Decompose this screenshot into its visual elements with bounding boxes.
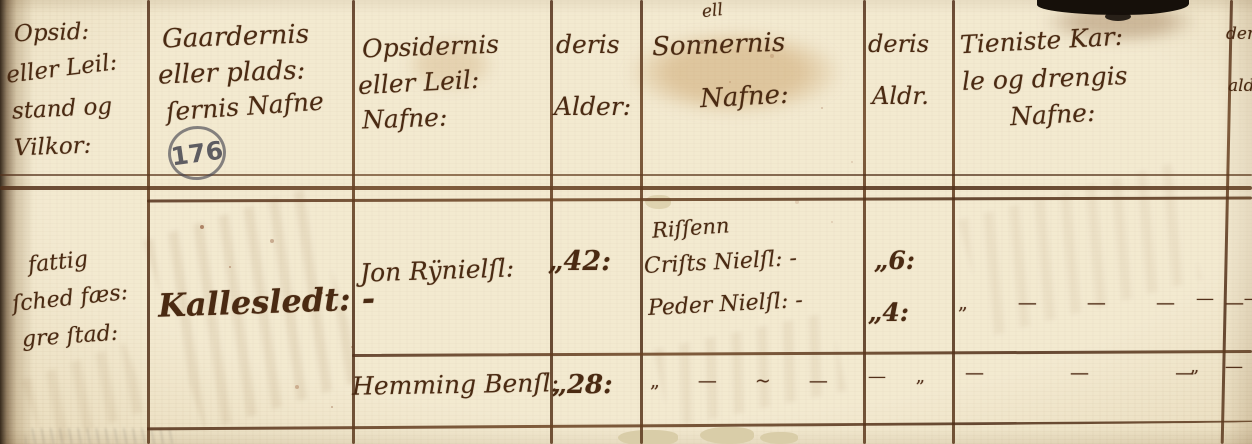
row-divider-rule [352,350,1252,357]
row1-son2-name: Peder Nielſl: - [648,290,804,320]
register-page-scan: Opsid: eller Leil: stand og Vilkor: Gaar… [0,0,1252,444]
header-col3-line1: Opsidernis [362,32,500,62]
header-col6-line2: Aldr. [872,84,929,108]
page-number: 176 [169,135,225,171]
header-col3-line3: Nafne: [362,105,448,133]
condition-line3: gre ſtad: [21,323,119,352]
pale-blob-bottom-2 [700,427,754,444]
header-col7-line3: Nafne: [1009,100,1096,129]
header-col4-line1: deris [556,32,620,57]
column-rule-6 [952,0,955,444]
ink-speckles [200,225,204,229]
header-rule-thick [0,186,1252,190]
header-col5-line1: Sonnernis [652,30,786,61]
header-col5-superscript: ell [701,2,724,21]
column-rule-5 [863,0,866,444]
row1-servants-age-empty-marks: — — [1196,290,1252,308]
column-rule-4 [640,0,643,444]
header-col2-line3: ſernis Nafne [165,89,324,125]
header-col1-line1: Opsid: [14,21,90,47]
header-col5-line2: Nafne: [699,82,789,113]
header-col7-line2: le og drengis [962,63,1128,94]
row1-occupant-name: Jon Rÿnielſl: [360,255,515,285]
row2-servants-age-empty-marks: „ — [1190,358,1252,376]
header-col1-line4: Vilkor: [14,135,92,161]
header-col4-line2: Alder: [554,94,631,119]
row1-occupant-age: „42: [548,248,611,275]
condition-line1: fattig [27,249,89,277]
row2-sons-age-empty-marks: — „ [868,368,937,386]
header-col6-line1: deris [868,32,929,56]
column-rule-1 [147,0,150,444]
header-col2-line1: Gaardernis [162,21,310,52]
row2-sons-empty-marks: „ — ~ — [650,372,844,391]
row1-son2-age: „4: [868,300,909,325]
row1-son1-name: Criſts Nielſl: - [644,248,798,278]
pale-blob-bottom-1 [618,430,678,444]
body-top-rule [147,197,1252,203]
header-col1-line3: stand og [11,95,112,123]
row1-son1-age: „6: [874,248,915,273]
row2-occupant-name: Hemming Benſl: [352,370,559,399]
header-col2-line2: eller plads: [158,57,306,88]
header-col8-line1: der's [1226,26,1252,43]
farm-name: Kallesledt: - [158,282,376,322]
row2-occupant-age: „28: [552,372,613,398]
row1-son-heading: Riſſenn [651,215,730,241]
header-col7-line1: Tieniste Kar: [959,24,1123,58]
header-col3-line2: eller Leil: [357,67,479,98]
body-bottom-rule [147,421,1252,431]
pencil-scribble-bottom-left [25,428,175,444]
header-col8-line2: aldr. [1228,78,1252,95]
pale-blob-bottom-3 [760,432,798,444]
ink-blot-drip [1105,12,1131,21]
ink-blot-top-right [1037,0,1189,15]
